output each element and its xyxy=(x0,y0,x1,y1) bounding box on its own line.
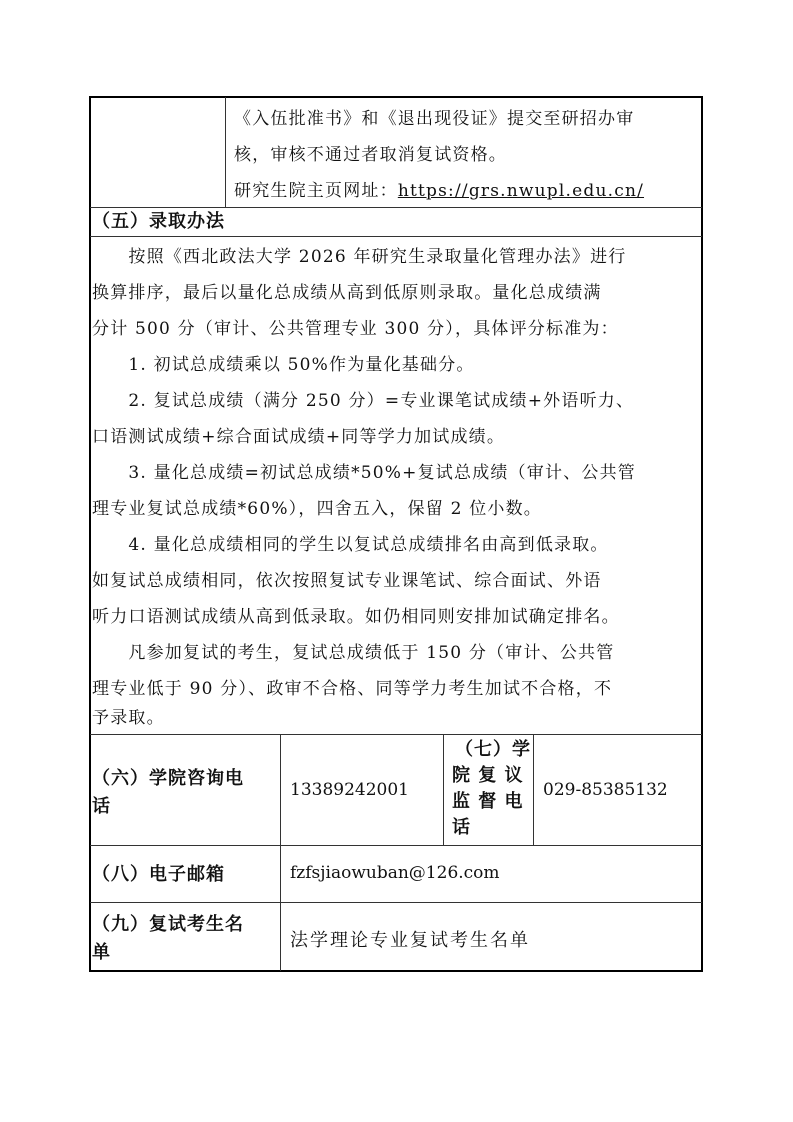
document-page: 《入伍批准书》和《退出现役证》提交至研招办审 核，审核不通过者取消复试资格。 研… xyxy=(0,0,793,1122)
paragraph-line: 口语测试成绩+综合面试成绩+同等学力加试成绩。 xyxy=(92,420,505,455)
divider xyxy=(90,902,702,903)
paragraph-line: 按照《西北政法大学 2026 年研究生录取量化管理办法》进行 xyxy=(92,240,626,275)
paragraph-line: 3. 量化总成绩=初试总成绩*50%+复试总成绩（审计、公共管 xyxy=(92,456,636,491)
paragraph-line: 听力口语测试成绩从高到低录取。如仍相同则安排加试确定排名。 xyxy=(92,600,620,635)
candidate-list-link[interactable]: 法学理论专业复试考生名单 xyxy=(290,926,530,952)
email-value[interactable]: fzfsjiaowuban@126.com xyxy=(290,863,500,883)
paragraph-line: 凡参加复试的考生，复试总成绩低于 150 分（审计、公共管 xyxy=(92,636,614,671)
paragraph-line: 换算排序，最后以量化总成绩从高到低原则录取。量化总成绩满 xyxy=(92,276,602,311)
review-phone-label: 院 复 议 xyxy=(452,763,524,789)
candidate-list-label: （九）复试考生名 xyxy=(92,910,244,940)
url-line: 研究生院主页网址：https://grs.nwupl.edu.cn/ xyxy=(234,174,644,209)
review-phone-label: 话 xyxy=(452,815,471,841)
consult-phone-label: 话 xyxy=(92,792,111,822)
review-phone-label: 监 督 电 xyxy=(452,789,524,815)
divider xyxy=(225,97,226,208)
paragraph-line: 理专业复试总成绩*60%），四舍五入，保留 2 位小数。 xyxy=(92,492,542,527)
paragraph-line: 如复试总成绩相同，依次按照复试专业课笔试、综合面试、外语 xyxy=(92,564,602,599)
paragraph-line: 2. 复试总成绩（满分 250 分）=专业课笔试成绩+外语听力、 xyxy=(92,384,634,419)
review-phone-value: 029-85385132 xyxy=(543,780,668,800)
divider xyxy=(90,236,702,237)
consult-phone-value: 13389242001 xyxy=(290,780,409,800)
consult-phone-label: （六）学院咨询电 xyxy=(92,764,244,794)
top-cell-line: 《入伍批准书》和《退出现役证》提交至研招办审 xyxy=(234,102,634,137)
paragraph-line: 分计 500 分（审计、公共管理专业 300 分），具体评分标准为： xyxy=(92,312,619,347)
paragraph-line: 予录取。 xyxy=(92,704,165,732)
url-label: 研究生院主页网址： xyxy=(234,181,398,201)
top-cell-line: 核，审核不通过者取消复试资格。 xyxy=(234,138,507,173)
paragraph-line: 理专业低于 90 分）、政审不合格、同等学力考生加试不合格，不 xyxy=(92,672,612,707)
divider xyxy=(90,845,702,846)
paragraph-line: 1. 初试总成绩乘以 50%作为量化基础分。 xyxy=(92,348,475,383)
divider xyxy=(443,734,444,845)
paragraph-line: 4. 量化总成绩相同的学生以复试总成绩排名由高到低录取。 xyxy=(92,528,609,563)
divider xyxy=(533,734,534,845)
section-heading: （五）录取办法 xyxy=(92,210,225,234)
review-phone-label: （七）学 xyxy=(455,737,531,763)
email-label: （八）电子邮箱 xyxy=(92,860,225,890)
candidate-list-label: 单 xyxy=(92,938,111,968)
divider xyxy=(280,734,281,971)
homepage-link[interactable]: https://grs.nwupl.edu.cn/ xyxy=(398,181,644,201)
divider xyxy=(90,734,702,735)
